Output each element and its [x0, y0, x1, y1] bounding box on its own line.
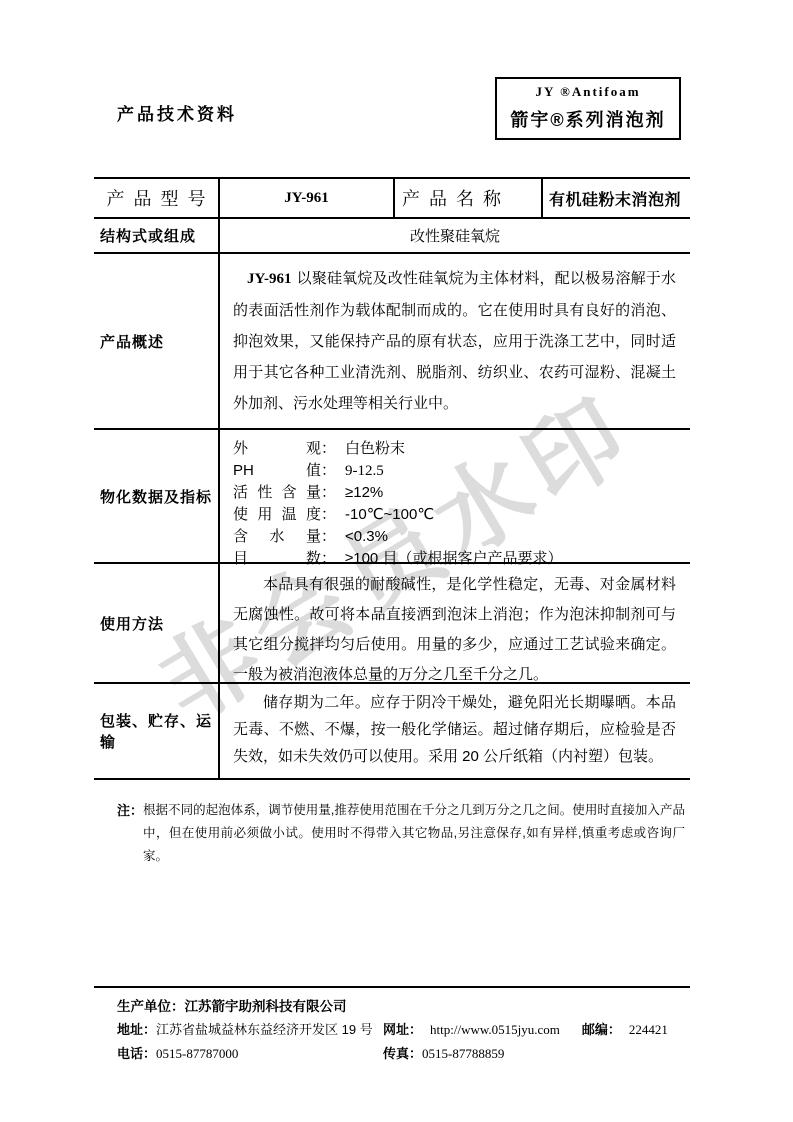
- packaging-content: 储存期为二年。应存于阴冷干燥处，避免阳光长期曝晒。本品无毒、不燃、不爆，按一般化…: [220, 684, 690, 778]
- colon: ：: [321, 462, 336, 479]
- fax-value: 0515-87788859: [422, 1046, 504, 1061]
- postcode-label: 邮编：: [582, 1022, 621, 1037]
- page-title: 产品技术资料: [117, 100, 237, 125]
- website-value: http://www.0515jyu.com: [430, 1022, 560, 1037]
- overview-content: JY-961以聚硅氧烷及改性硅氧烷为主体材料，配以极易溶解于水的表面活性剂作为载…: [220, 254, 690, 428]
- overview-lead: JY-961: [247, 271, 291, 287]
- overview-label: 产品概述: [94, 254, 220, 428]
- composition-label: 结构式或组成: [94, 219, 220, 252]
- address-line: 地址：江苏省盐城益林东益经济开发区 19 号: [117, 1019, 373, 1038]
- overview-text: 以聚硅氧烷及改性硅氧烷为主体材料，配以极易溶解于水的表面活性剂作为载体配制而成的…: [233, 270, 676, 412]
- fax-line: 传真：0515-87788859: [383, 1043, 504, 1062]
- table-row-physical-specs: 物化数据及指标 外观：白色粉末 PH值：9-12.5 活性含量：≥12% 使用温…: [94, 430, 690, 564]
- brand-line-cn: 箭宇®系列消泡剂: [497, 106, 679, 132]
- product-name-value: 有机硅粉末消泡剂: [543, 179, 690, 217]
- phone-line: 电话：0515-87787000: [117, 1043, 238, 1062]
- physical-specs-label: 物化数据及指标: [94, 430, 220, 562]
- phone-label: 电话：: [117, 1046, 156, 1061]
- brand-line-en: JY ®Antifoam: [497, 84, 679, 100]
- usage-label: 使用方法: [94, 564, 220, 682]
- table-row-overview: 产品概述 JY-961以聚硅氧烷及改性硅氧烷为主体材料，配以极易溶解于水的表面活…: [94, 254, 690, 430]
- website-line: 网址：http://www.0515jyu.com邮编：224421: [383, 1019, 668, 1038]
- phone-value: 0515-87787000: [156, 1046, 238, 1061]
- usage-text: 本品具有很强的耐酸碱性，是化学性稳定，无毒、对金属材料无腐蚀性。故可将本品直接洒…: [233, 570, 676, 690]
- spec-use-temperature: 使用温度：-10℃~100℃: [233, 504, 684, 526]
- packaging-label: 包装、贮存、运输: [94, 684, 220, 778]
- colon: ：: [321, 506, 336, 523]
- spec-appearance: 外观：白色粉末: [233, 438, 684, 460]
- table-row-packaging: 包装、贮存、运输 储存期为二年。应存于阴冷干燥处，避免阳光长期曝晒。本品无毒、不…: [94, 684, 690, 780]
- document-page: 产品技术资料 JY ®Antifoam 箭宇®系列消泡剂 产品型号 JY-961…: [0, 0, 793, 1122]
- spec-active-content: 活性含量：≥12%: [233, 482, 684, 504]
- product-name-label: 产品名称: [402, 185, 510, 211]
- usage-content: 本品具有很强的耐酸碱性，是化学性稳定，无毒、对金属材料无腐蚀性。故可将本品直接洒…: [220, 564, 690, 682]
- product-table: 产品型号 JY-961 产品名称 有机硅粉末消泡剂 结构式或组成 改性聚硅氧烷 …: [94, 177, 690, 780]
- packaging-text: 储存期为二年。应存于阴冷干燥处，避免阳光长期曝晒。本品无毒、不燃、不爆，按一般化…: [233, 689, 676, 770]
- footer-divider: [94, 986, 690, 988]
- note-label: 注：: [117, 799, 143, 822]
- producer-line: 生产单位：江苏箭宇助剂科技有限公司: [117, 995, 347, 1015]
- colon: ：: [321, 528, 336, 545]
- note-text: 根据不同的起泡体系，调节使用量,推荐使用范围在千分之几到万分之几之间。使用时直接…: [143, 803, 685, 863]
- brand-box: JY ®Antifoam 箭宇®系列消泡剂: [495, 77, 681, 140]
- colon: ：: [321, 484, 336, 501]
- model-value: JY-961: [220, 179, 395, 217]
- producer-label: 生产单位：: [117, 999, 185, 1014]
- physical-specs-list: 外观：白色粉末 PH值：9-12.5 活性含量：≥12% 使用温度：-10℃~1…: [220, 430, 690, 562]
- table-row-usage: 使用方法 本品具有很强的耐酸碱性，是化学性稳定，无毒、对金属材料无腐蚀性。故可将…: [94, 564, 690, 684]
- spec-ph: PH值：9-12.5: [233, 460, 684, 482]
- model-label: 产品型号: [107, 185, 215, 211]
- table-row-header: 产品型号 JY-961 产品名称 有机硅粉末消泡剂: [94, 179, 690, 219]
- address-label: 地址：: [117, 1022, 156, 1037]
- producer-value: 江苏箭宇助剂科技有限公司: [185, 999, 347, 1014]
- website-label: 网址：: [383, 1022, 422, 1037]
- table-row-composition: 结构式或组成 改性聚硅氧烷: [94, 219, 690, 254]
- composition-value: 改性聚硅氧烷: [220, 219, 690, 252]
- postcode-value: 224421: [629, 1022, 668, 1037]
- address-value: 江苏省盐城益林东益经济开发区 19 号: [156, 1022, 373, 1037]
- spec-water-content: 含水量：<0.3%: [233, 526, 684, 548]
- fax-label: 传真：: [383, 1046, 422, 1061]
- note-block: 注：根据不同的起泡体系，调节使用量,推荐使用范围在千分之几到万分之几之间。使用时…: [117, 799, 685, 868]
- colon: ：: [321, 440, 336, 457]
